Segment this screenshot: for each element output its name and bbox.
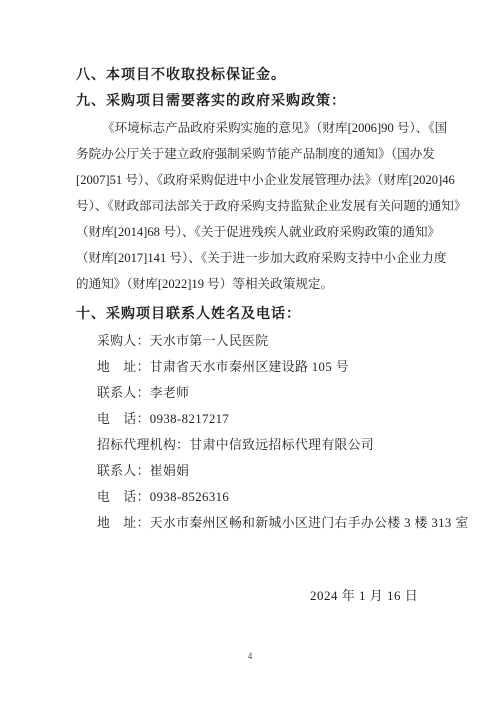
policy-paragraph-line: [2007]51 号）、《政府采购促进中小企业发展管理办法》（财库[2020]4… <box>76 167 432 193</box>
contact-line-agency-address: 地 址：天水市秦州区畅和新城小区进门右手办公楼 3 楼 313 室 <box>76 510 432 536</box>
policy-paragraph-line: 的通知》（财库[2022]19 号）等相关政策规定。 <box>76 271 432 297</box>
policy-paragraph-line: （财库[2017]141 号）、《关于进一步加大政府采购支持中小企业力度 <box>76 245 432 271</box>
document-date: 2024 年 1 月 16 日 <box>76 583 432 609</box>
contact-line-purchaser-contact: 联系人：李老师 <box>76 380 432 406</box>
policy-paragraph-line: 务院办公厅关于建立政府强制采购节能产品制度的通知》（国办发 <box>76 141 432 167</box>
document-body: 八、本项目不收取投标保证金。 九、采购项目需要落实的政府采购政策： 《环境标志产… <box>76 63 432 609</box>
contact-section: 采购人：天水市第一人民医院 地 址：甘肃省天水市秦州区建设路 105 号 联系人… <box>76 328 432 536</box>
contact-line-agency-phone: 电 话：0938-8526316 <box>76 484 432 510</box>
policy-paragraph-line: （财库[2014]68 号）、《关于促进残疾人就业政府采购政策的通知》 <box>76 219 432 245</box>
contact-line-agency: 招标代理机构：甘肃中信致远招标代理有限公司 <box>76 432 432 458</box>
page-number: 4 <box>0 651 500 661</box>
policy-paragraph: 《环境标志产品政府采购实施的意见》（财库[2006]90 号）、《国 务院办公厅… <box>76 115 432 297</box>
heading-item-8: 八、本项目不收取投标保证金。 <box>76 63 432 89</box>
policy-paragraph-line: 《环境标志产品政府采购实施的意见》（财库[2006]90 号）、《国 <box>76 115 432 141</box>
contact-line-purchaser-address: 地 址：甘肃省天水市秦州区建设路 105 号 <box>76 354 432 380</box>
policy-paragraph-line: 号）、《财政部司法部关于政府采购支持监狱企业发展有关问题的通知》 <box>76 193 432 219</box>
contact-line-purchaser-phone: 电 话：0938-8217217 <box>76 406 432 432</box>
heading-item-10: 十、采购项目联系人姓名及电话： <box>76 302 432 328</box>
document-page: 八、本项目不收取投标保证金。 九、采购项目需要落实的政府采购政策： 《环境标志产… <box>0 0 500 706</box>
heading-item-9: 九、采购项目需要落实的政府采购政策： <box>76 89 432 115</box>
contact-line-purchaser: 采购人：天水市第一人民医院 <box>76 328 432 354</box>
contact-line-agency-contact: 联系人：崔娟娟 <box>76 458 432 484</box>
